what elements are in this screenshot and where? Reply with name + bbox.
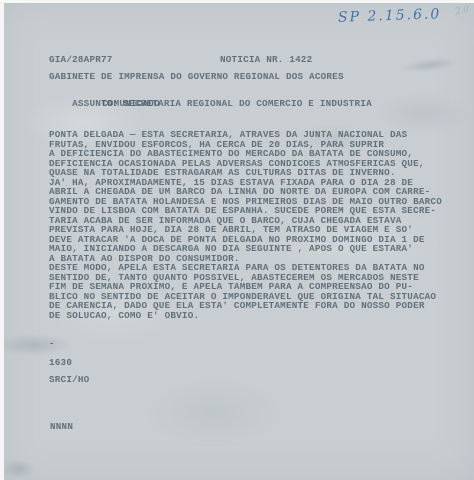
faint-stamp-mark bbox=[391, 51, 469, 79]
corner-pencil-note: 2.0 bbox=[454, 4, 470, 17]
subject-text: SECRETARIA REGIONAL DO COMERCIO E INDUST… bbox=[123, 98, 372, 109]
office-title: GABINETE DE IMPRENSA DO GOVERNO REGIONAL… bbox=[49, 72, 344, 82]
handwritten-classification-code: SP 2.15.6.0 bbox=[338, 6, 442, 26]
reference-code: GIA/28APR77 bbox=[49, 55, 113, 65]
footer-dash: - bbox=[49, 339, 55, 349]
notice-number: NOTICIA NR. 1422 bbox=[220, 55, 312, 65]
subject-line: ASSUNTO:SECRETARIA REGIONAL DO COMERCIO … bbox=[49, 89, 372, 118]
typed-line: DE SOLUCAO, COMO E' OBVIO. bbox=[49, 311, 458, 321]
subject-continuation: COMUNICADO bbox=[102, 99, 160, 109]
scanned-press-release-page: SP 2.15.6.0 2.0 GIA/28APR77 NOTICIA NR. … bbox=[4, 3, 474, 480]
time-stamp: 1630 bbox=[49, 358, 72, 368]
body-paragraph: PONTA DELGADA — ESTA SECRETARIA, ATRAVES… bbox=[49, 130, 458, 320]
signoff-code: SRCI/HO bbox=[49, 375, 89, 385]
telex-end-marker: NNNN bbox=[50, 422, 73, 432]
